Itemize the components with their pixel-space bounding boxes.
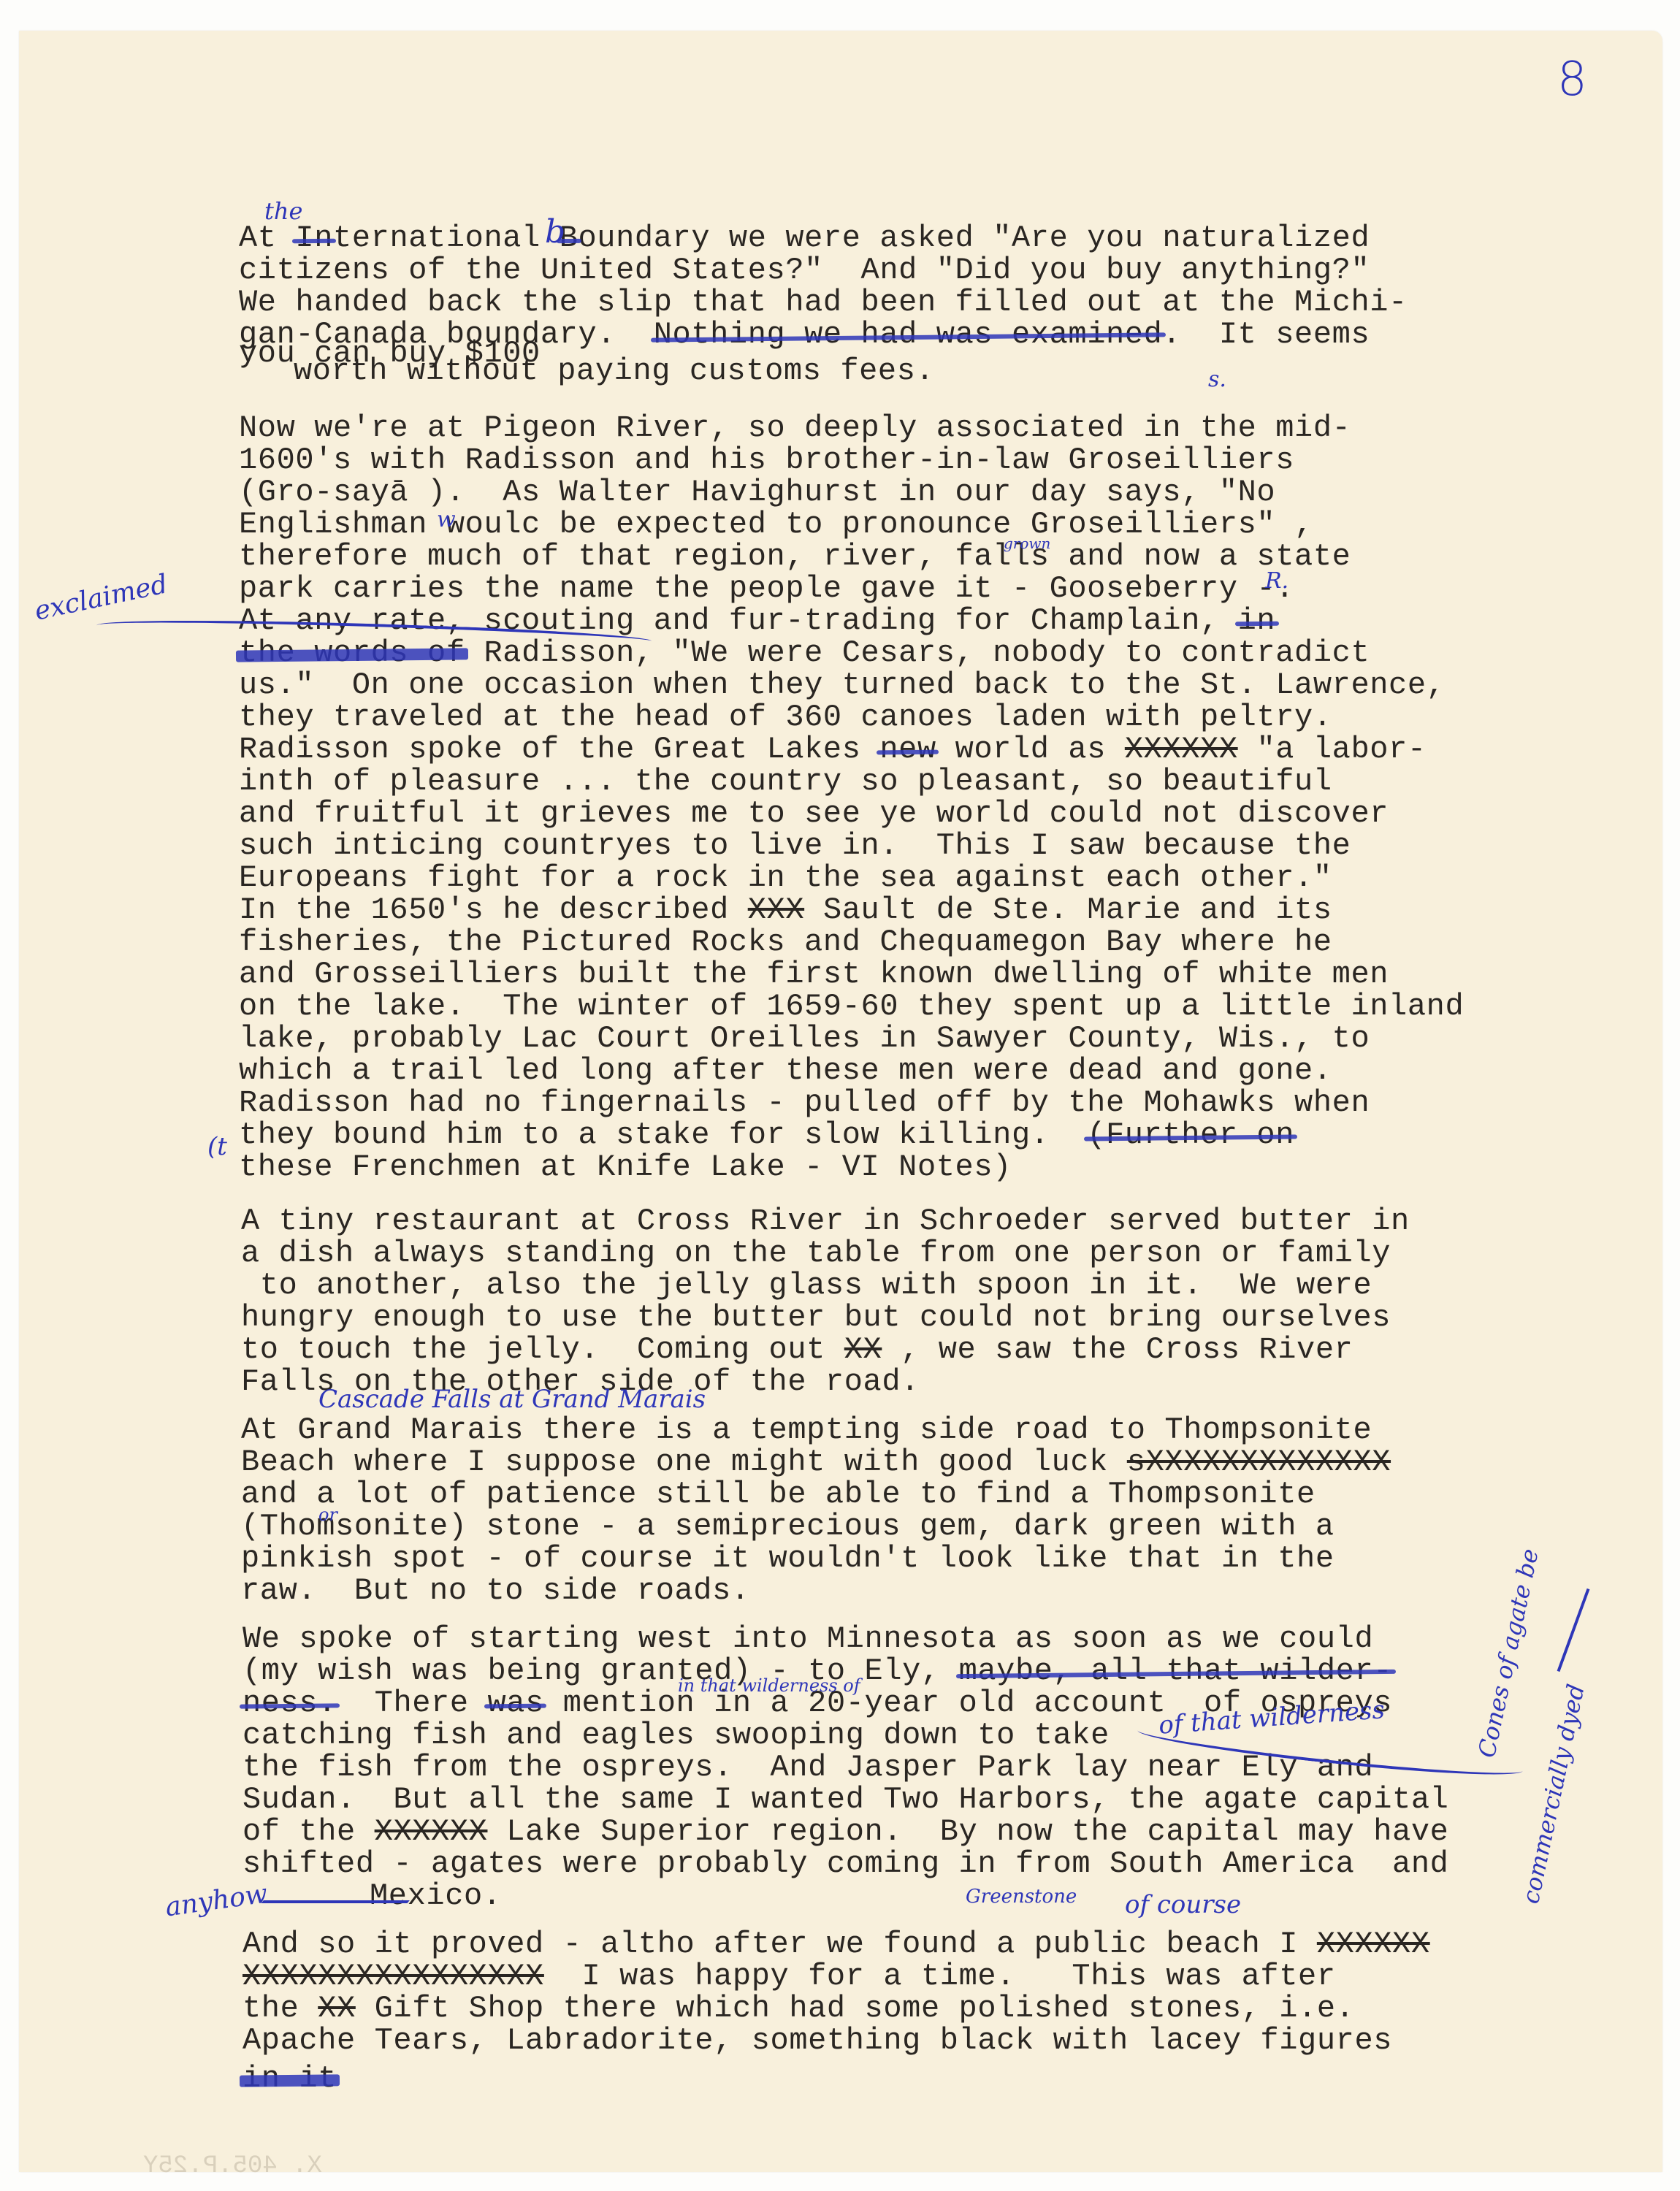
typed-line: and a lot of patience still be able to f… <box>241 1478 1316 1510</box>
pen-strikeout: ness. <box>243 1686 337 1721</box>
typed-strikeout: XX <box>844 1332 882 1367</box>
typed-text: . It seems <box>1162 317 1370 352</box>
typed-line: hungry enough to use the butter but coul… <box>241 1301 1391 1334</box>
typed-line: and Grosseilliers built the first known … <box>239 958 1389 990</box>
typed-line: to touch the jelly. Coming out XX , we s… <box>241 1334 1353 1366</box>
typed-text: catching fish and eagles swooping down t… <box>243 1718 1110 1753</box>
typed-text: and a lot of patience still be able to f… <box>241 1477 1316 1512</box>
pen-scribble-strikeout: in it <box>243 2061 337 2096</box>
typed-line: and fruitful it grieves me to see ye wor… <box>239 798 1389 830</box>
typed-line: Apache Tears, Labradorite, something bla… <box>243 2024 1392 2057</box>
typed-text: (Thomsonite) stone - a semiprecious gem,… <box>241 1509 1335 1544</box>
typed-line: the fish from the ospreys. And Jasper Pa… <box>243 1751 1373 1783</box>
handwritten-of-course: of course <box>1125 1890 1241 1919</box>
typed-line: lake, probably Lac Court Oreilles in Saw… <box>239 1022 1370 1055</box>
typed-line: raw. But no to side roads. <box>241 1575 750 1607</box>
typed-strikeout: XXX <box>748 892 804 928</box>
typed-text: such inticing countryes to live in. This… <box>239 828 1351 863</box>
margin-note-exclaimed: exclaimed <box>32 569 170 627</box>
typed-text: hungry enough to use the butter but coul… <box>241 1300 1391 1335</box>
typed-text: which a trail led long after these men w… <box>239 1053 1332 1088</box>
typed-line: therefore much of that region, river, fa… <box>239 540 1351 573</box>
typed-strikeout: XXXXXX <box>1317 1927 1430 1962</box>
typed-text: they bound him to a stake for slow killi… <box>239 1117 1087 1152</box>
typed-line: to another, also the jelly glass with sp… <box>241 1269 1372 1301</box>
pen-strikeout: in <box>1238 603 1276 638</box>
typed-text: Radisson had no fingernails - pulled off… <box>239 1085 1370 1120</box>
typed-text: to another, also the jelly glass with sp… <box>241 1268 1372 1303</box>
typed-text: We handed back the slip that had been fi… <box>239 285 1408 320</box>
typed-line: (Thomsonite) stone - a semiprecious gem,… <box>241 1510 1335 1542</box>
typed-text: And so it proved - altho after we found … <box>243 1927 1317 1962</box>
handwritten-insert-c: (t <box>207 1132 227 1161</box>
typed-text: lake, probably Lac Court Oreilles in Saw… <box>239 1021 1370 1056</box>
typed-strikeout: sXXXXXXXXXXXXX <box>1127 1445 1391 1480</box>
typed-text: therefore much of that region, river, fa… <box>239 539 1351 574</box>
handwritten-s: s. <box>1208 367 1226 392</box>
typed-text: these Frenchmen at Knife Lake - VI Notes… <box>239 1150 1012 1185</box>
typed-line: XXXXXXXXXXXXXXXX I was happy for a time.… <box>243 1960 1336 1992</box>
page-number: 8 <box>1557 53 1587 107</box>
typed-line: a dish always standing on the table from… <box>241 1237 1391 1269</box>
handwritten-grown: grown <box>1004 535 1050 552</box>
typed-line: these Frenchmen at Knife Lake - VI Notes… <box>239 1151 1012 1183</box>
typed-strikeout: XXXXXXXXXXXXXXXX <box>243 1959 544 1994</box>
typed-line: such inticing countryes to live in. This… <box>239 830 1351 862</box>
typed-text: Lake Superior region. By now the capital… <box>487 1814 1448 1849</box>
typed-text: and fruitful it grieves me to see ye wor… <box>239 796 1389 831</box>
typed-text: We spoke of starting west into Minnesota… <box>243 1621 1373 1656</box>
typed-line: inth of pleasure ... the country so plea… <box>239 765 1332 798</box>
typed-text: Europeans fight for a rock in the sea ag… <box>239 860 1332 895</box>
handwritten-the: the <box>264 197 302 225</box>
typed-line: Radisson spoke of the Great Lakes new wo… <box>239 733 1427 765</box>
typed-line: And so it proved - altho after we found … <box>243 1928 1430 1960</box>
typed-strikeout: XX <box>318 1991 356 2026</box>
margin-note-anyhow: anyhow <box>164 1878 270 1922</box>
typed-line: At International Boundary we were asked … <box>239 222 1370 254</box>
typed-line: Europeans fight for a rock in the sea ag… <box>239 862 1332 894</box>
pen-strikeout: (Further on <box>1087 1117 1294 1152</box>
typed-text: (Gro-sayā ). As Walter Havighurst in our… <box>239 475 1275 510</box>
typed-text: they traveled at the head of 360 canoes … <box>239 700 1332 735</box>
typed-text: Beach where I suppose one might with goo… <box>241 1445 1127 1480</box>
handwritten-or: or <box>318 1504 337 1525</box>
typed-line: fisheries, the Pictured Rocks and Chequa… <box>239 926 1332 958</box>
typed-line: pinkish spot - of course it wouldn't loo… <box>241 1542 1335 1575</box>
typed-line: of the XXXXXX Lake Superior region. By n… <box>243 1816 1448 1848</box>
handwritten-cascade-falls: Cascade Falls at Grand Marais <box>318 1385 706 1414</box>
pen-strikeout: new <box>879 732 936 767</box>
typed-text: Now we're at Pigeon River, so deeply ass… <box>239 410 1351 446</box>
pen-strikeout: maybe, all that wilder- <box>959 1653 1393 1689</box>
typed-text: world as <box>936 732 1125 767</box>
typed-text: Englishman woulc be expected to pronounc… <box>239 507 1313 542</box>
pen-strikeout: In <box>295 221 333 256</box>
typed-line: the XX Gift Shop there which had some po… <box>243 1992 1354 2024</box>
typed-line: (Gro-sayā ). As Walter Havighurst in our… <box>239 476 1275 508</box>
typed-line: citizens of the United States?" And "Did… <box>239 254 1370 286</box>
typed-text: At Grand Marais there is a tempting side… <box>241 1412 1372 1448</box>
typed-text: the <box>243 1991 318 2026</box>
typed-text: inth of pleasure ... the country so plea… <box>239 764 1332 799</box>
handwritten-w: w <box>437 507 456 532</box>
pen-caret-right <box>1557 1588 1590 1672</box>
typed-line: in it <box>243 2062 337 2095</box>
typed-line: Beach where I suppose one might with goo… <box>241 1446 1391 1478</box>
typed-text: Radisson spoke of the Great Lakes <box>239 732 879 767</box>
handwritten-b: b <box>545 213 565 251</box>
handwritten-period: R. <box>1265 568 1288 594</box>
typed-text: a dish always standing on the table from… <box>241 1236 1391 1271</box>
typed-line: worth without paying customs fees. <box>294 355 934 387</box>
typed-line: us." On one occasion when they turned ba… <box>239 669 1445 701</box>
typed-line: they bound him to a stake for slow killi… <box>239 1119 1294 1151</box>
typed-text: "a labor- <box>1238 732 1427 767</box>
typed-line: catching fish and eagles swooping down t… <box>243 1719 1110 1751</box>
typed-text: raw. But no to side roads. <box>241 1573 750 1608</box>
typed-text: At <box>239 221 295 256</box>
handwritten-in-that-wilderness-of: in that wilderness of <box>678 1675 860 1696</box>
typed-text: fisheries, the Pictured Rocks and Chequa… <box>239 925 1332 960</box>
typed-text: Apache Tears, Labradorite, something bla… <box>243 2023 1392 2058</box>
typed-line: on the lake. The winter of 1659-60 they … <box>239 990 1464 1022</box>
pen-strikeout: Nothing we had was examined <box>654 317 1163 352</box>
typed-text: the fish from the ospreys. And Jasper Pa… <box>243 1750 1373 1785</box>
pen-strikeout: was <box>487 1686 543 1721</box>
typed-text: , we saw the Cross River <box>882 1332 1353 1367</box>
typed-line: Radisson had no fingernails - pulled off… <box>239 1087 1370 1119</box>
typed-text: of the <box>243 1814 375 1849</box>
document-page: At International Boundary we were asked … <box>19 31 1662 2172</box>
typed-line: they traveled at the head of 360 canoes … <box>239 701 1332 733</box>
typed-line: A tiny restaurant at Cross River in Schr… <box>241 1205 1410 1237</box>
typed-line: Now we're at Pigeon River, so deeply ass… <box>239 412 1351 444</box>
typed-strikeout: XXXXXX <box>1125 732 1238 767</box>
typed-text: ternational <box>333 221 560 256</box>
typed-text: Sault de Ste. Marie and its <box>804 892 1332 928</box>
margin-note-right-1: Cones of agate be <box>1473 1546 1544 1760</box>
typed-text: 1600's with Radisson and his brother-in-… <box>239 443 1294 478</box>
typed-text: citizens of the United States?" And "Did… <box>239 253 1370 288</box>
typed-text: Sudan. But all the same I wanted Two Har… <box>243 1782 1448 1817</box>
typed-text: Gift Shop there which had some polished … <box>356 1991 1355 2026</box>
typed-line: which a trail led long after these men w… <box>239 1055 1332 1087</box>
typed-line: We spoke of starting west into Minnesota… <box>243 1623 1373 1655</box>
bleed-through-stamp: X. 405.P.25Y <box>143 2152 322 2180</box>
typed-line: In the 1650's he described XXX Sault de … <box>239 894 1332 926</box>
typed-text: and Grosseilliers built the first known … <box>239 957 1389 992</box>
typed-line: Sudan. But all the same I wanted Two Har… <box>243 1783 1448 1816</box>
handwritten-greenstone: Greenstone <box>966 1886 1077 1908</box>
pen-line-anyhow <box>261 1871 435 1903</box>
typed-text: on the lake. The winter of 1659-60 they … <box>239 989 1464 1024</box>
typed-line: park carries the name the people gave it… <box>239 573 1294 605</box>
typed-text: I was happy for a time. This was after <box>544 1959 1336 1994</box>
typed-text: pinkish spot - of course it wouldn't loo… <box>241 1541 1335 1576</box>
margin-note-right-2: commercially dyed <box>1516 1682 1590 1906</box>
typed-text: park carries the name the people gave it… <box>239 571 1294 606</box>
typed-text: us." On one occasion when they turned ba… <box>239 668 1445 703</box>
typed-text: oundary we were asked "Are you naturaliz… <box>579 221 1370 256</box>
typed-text: A tiny restaurant at Cross River in Schr… <box>241 1204 1410 1239</box>
typed-line: We handed back the slip that had been fi… <box>239 286 1408 318</box>
typed-line: Englishman woulc be expected to pronounc… <box>239 508 1313 540</box>
typed-text: In the 1650's he described <box>239 892 748 928</box>
typed-text: There <box>337 1686 487 1721</box>
typed-strikeout: XXXXXX <box>375 1814 488 1849</box>
typed-line: At Grand Marais there is a tempting side… <box>241 1414 1372 1446</box>
typed-line: 1600's with Radisson and his brother-in-… <box>239 444 1294 476</box>
typed-text: worth without paying customs fees. <box>294 353 934 389</box>
typed-text: to touch the jelly. Coming out <box>241 1332 844 1367</box>
